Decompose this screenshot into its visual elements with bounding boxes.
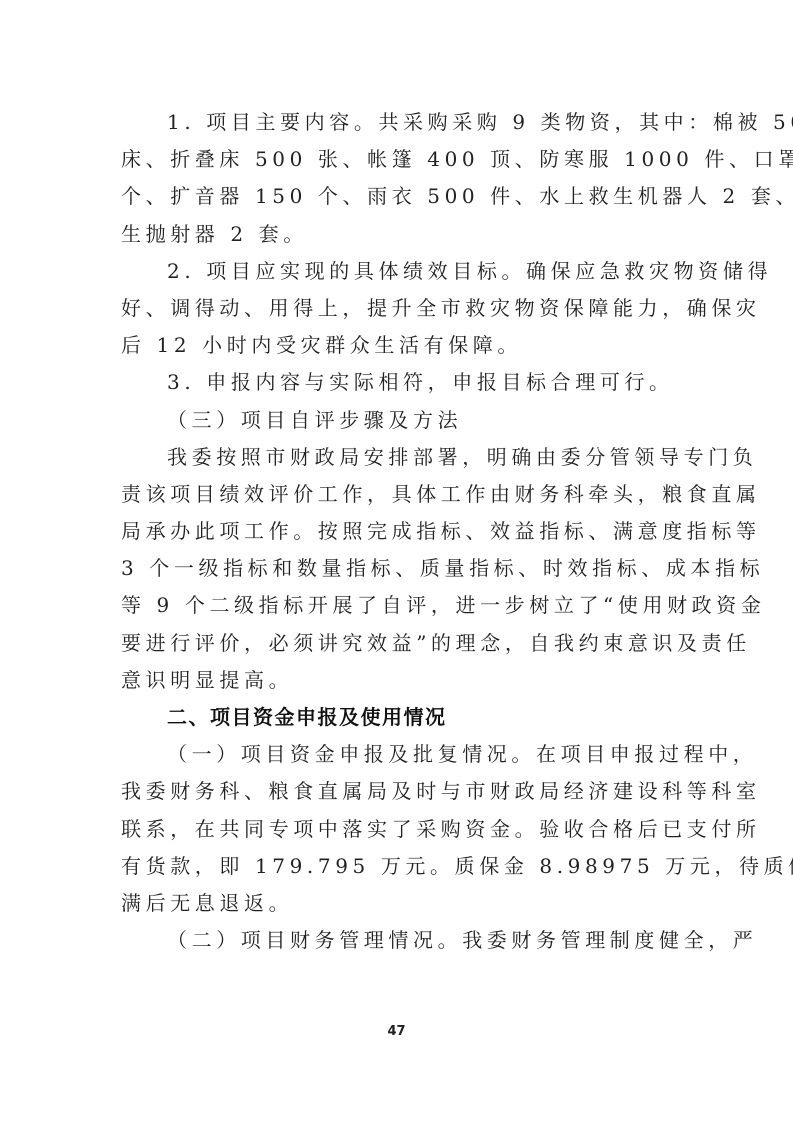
paragraph-line: 1. 项目主要内容。共采购采购 9 类物资，其中：棉被 5000: [121, 104, 677, 141]
paragraph-line: 后 12 小时内受灾群众生活有保障。: [121, 327, 677, 364]
paragraph-line: 3. 申报内容与实际相符，申报目标合理可行。: [121, 364, 677, 401]
paragraph-line: （二）项目财务管理情况。我委财务管理制度健全，严: [121, 922, 677, 959]
paragraph-line: 生抛射器 2 套。: [121, 216, 677, 253]
paragraph-line: 个、扩音器 150 个、雨衣 500 件、水上救生机器人 2 套、救: [121, 178, 677, 215]
paragraph-line: 联系，在共同专项中落实了采购资金。验收合格后已支付所: [121, 811, 677, 848]
page-number: 47: [0, 1024, 793, 1039]
paragraph-line: 有货款，即 179.795 万元。质保金 8.98975 万元，待质保期: [121, 848, 677, 885]
paragraph-line: 等 9 个二级指标开展了自评，进一步树立了“使用财政资金: [121, 587, 677, 624]
paragraph-line: 满后无息退返。: [121, 885, 677, 922]
paragraph-line: 2. 项目应实现的具体绩效目标。确保应急救灾物资储得: [121, 253, 677, 290]
document-body: 1. 项目主要内容。共采购采购 9 类物资，其中：棉被 5000 床、折叠床 5…: [121, 104, 677, 959]
paragraph-line: 意识明显提高。: [121, 662, 677, 699]
paragraph-line: 好、调得动、用得上，提升全市救灾物资保障能力，确保灾: [121, 290, 677, 327]
paragraph-line: 要进行评价，必须讲究效益”的理念，自我约束意识及责任: [121, 625, 677, 662]
paragraph-line: 3 个一级指标和数量指标、质量指标、时效指标、成本指标: [121, 550, 677, 587]
subsection-heading: （三）项目自评步骤及方法: [121, 402, 677, 439]
paragraph-line: 责该项目绩效评价工作，具体工作由财务科牵头，粮食直属: [121, 476, 677, 513]
paragraph-line: （一）项目资金申报及批复情况。在项目申报过程中，: [121, 736, 677, 773]
paragraph-line: 我委财务科、粮食直属局及时与市财政局经济建设科等科室: [121, 773, 677, 810]
section-heading: 二、项目资金申报及使用情况: [121, 699, 677, 736]
paragraph-line: 我委按照市财政局安排部署，明确由委分管领导专门负: [121, 439, 677, 476]
paragraph-line: 局承办此项工作。按照完成指标、效益指标、满意度指标等: [121, 513, 677, 550]
paragraph-line: 床、折叠床 500 张、帐篷 400 顶、防寒服 1000 件、口罩 5000: [121, 141, 677, 178]
